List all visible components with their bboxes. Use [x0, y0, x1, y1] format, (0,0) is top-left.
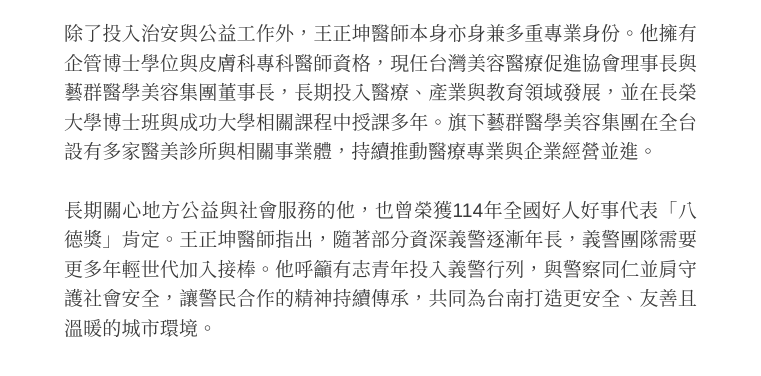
- article-paragraph-1: 除了投入治安與公益工作外，王正坤醫師本身亦身兼多重專業身份。他擁有企管博士學位與…: [64, 20, 697, 168]
- article-paragraph-2: 長期關心地方公益與社會服務的他，也曾榮獲114年全國好人好事代表「八德獎」肯定。…: [64, 197, 697, 345]
- article-body: 除了投入治安與公益工作外，王正坤醫師本身亦身兼多重專業身份。他擁有企管博士學位與…: [0, 0, 761, 344]
